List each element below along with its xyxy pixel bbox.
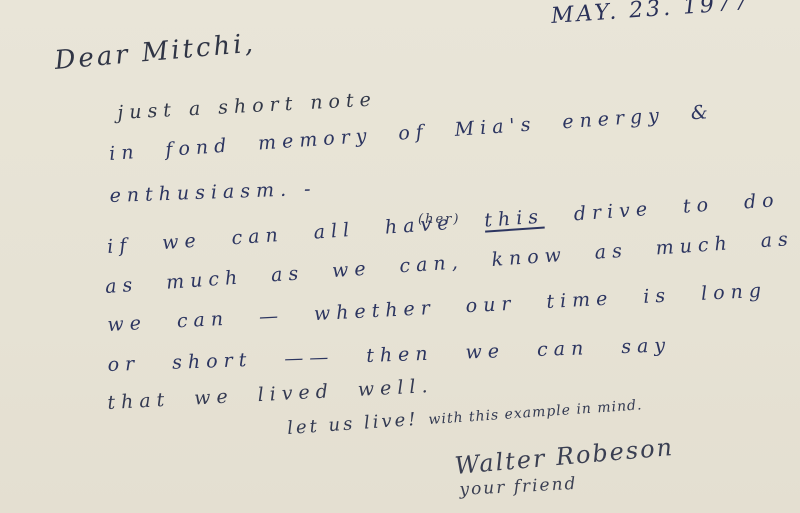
exhortation: let us live! [287,409,420,439]
body-line-8: that we lived well. [107,375,434,414]
line4-after: drive to do [543,189,780,227]
salutation: Dear Mitchi, [53,29,257,76]
line4-before: if we can all have [106,210,485,258]
exhortation-aside: with this example in mind. [428,397,643,428]
signature: Walter Robeson [454,433,675,480]
letter-page: MAY. 23. 1977 Dear Mitchi, just a short … [0,0,800,513]
underlined-word: this [484,206,545,232]
body-line-1: just a short note [117,88,377,124]
letter-date: MAY. 23. 1977 [550,0,751,29]
body-line-7: or short —— then we can say [107,334,671,376]
body-line-3: enthusiasm. - [109,178,317,207]
